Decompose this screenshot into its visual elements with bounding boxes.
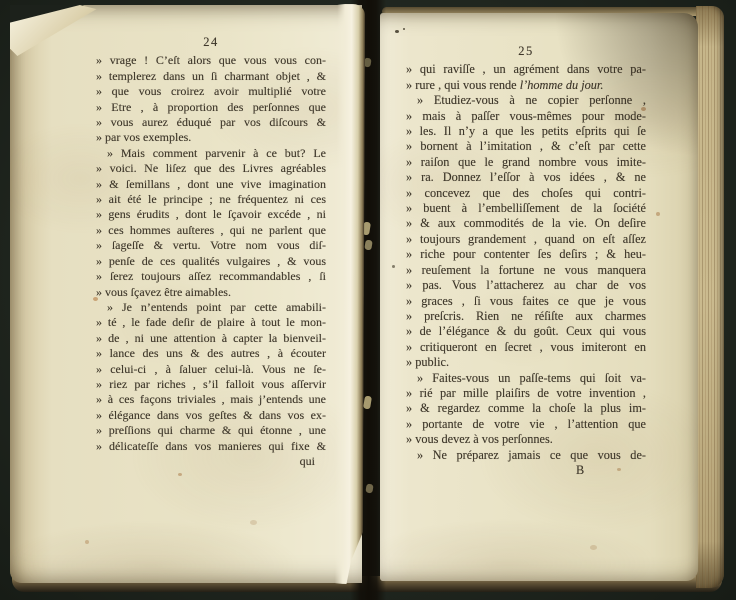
left-page: 24 » vrage ! C’eſt alors que vous vous c… [10, 5, 362, 583]
text-line: » ces hommes auſteres , qui ne parlent q… [96, 223, 326, 238]
text-line: » voici. Ne liſez que des Livres agréabl… [96, 161, 326, 176]
text-line: » vous aurez éduqué par vos diſcours & [96, 115, 326, 130]
text-line: » preſſions qui charme & qui étonne , un… [96, 423, 326, 438]
text-line: » Mais comment parvenir à ce but? Le [96, 146, 326, 161]
foxing-spot [656, 212, 660, 216]
text-line: » rié par mille plaiſirs de votre invent… [406, 386, 646, 401]
foxing-spot [85, 540, 89, 544]
text-line: » pas. Vous l’attacherez au char de vos [406, 278, 646, 293]
right-page: 25 » qui raviſſe , un agrément dans votr… [380, 13, 698, 581]
text-line: » ait été le principe ; ne fréquentez ni… [96, 192, 326, 207]
text-line: » de , ni une attention à capter la bien… [96, 331, 326, 346]
text-line: » reuſement la fortune ne vous manquera [406, 263, 646, 278]
text-line: » élégance dans vos geſtes & dans vos ex… [96, 408, 326, 423]
text-line: » bornent à l’imitation , & c’eſt par ce… [406, 139, 646, 154]
text-line: » rure , qui vous rende l’homme du jour. [406, 78, 646, 93]
text-line: » templerez dans un ſi charmant objet , … [96, 69, 326, 84]
text-line: » & ſemillans , dont une vive imaginatio… [96, 177, 326, 192]
text-line: » vous ſçavez être aimables. [96, 285, 326, 300]
text-line: » Je n’entends point par cette amabili- [96, 300, 326, 315]
text-line: » que vous croirez avoir multiplié votre [96, 84, 326, 99]
gathering-signature: B [406, 463, 646, 478]
text-line: » Etre , à proportion des perſonnes que [96, 100, 326, 115]
text-line: » ſerez toujours aſſez recommandables , … [96, 269, 326, 284]
text-line: » qui raviſſe , un agrément dans votre p… [406, 62, 646, 77]
text-line: » Ne préparez jamais ce que vous de- [406, 448, 646, 463]
text-line: » riez par riches , s’il falloit vous aſ… [96, 377, 326, 392]
text-line: » lance des uns & des autres , à écouter [96, 346, 326, 361]
text-line: » raiſon que le grand nombre vous imite- [406, 155, 646, 170]
text-line: » celui-ci , à ſaluer celui-là. Vous ne … [96, 362, 326, 377]
foxing-spot [250, 520, 257, 525]
text-line: » buent à l’embelliſſement de la ſociété [406, 201, 646, 216]
text-line: » & regardez comme la choſe la plus im- [406, 401, 646, 416]
text-line: » vrage ! C’eſt alors que vous vous con- [96, 53, 326, 68]
ink-dot [395, 30, 399, 33]
text-line: » & aux commodités de la vie. On deſire [406, 216, 646, 231]
book-photo: 24 » vrage ! C’eſt alors que vous vous c… [0, 0, 736, 600]
page-stack-edge [696, 6, 724, 588]
foxing-spot [178, 473, 182, 476]
left-page-text: 24 » vrage ! C’eſt alors que vous vous c… [96, 35, 326, 469]
text-line: » délicateſſe dans vos manieres qui fixe… [96, 439, 326, 454]
page-number: 25 [406, 44, 646, 59]
text-line: » toujours grandement , quand on eſt aſſ… [406, 232, 646, 247]
text-line: » critiqueront en ſecret , vous imiteron… [406, 340, 646, 355]
page-number: 24 [96, 35, 326, 50]
text-line: » gens érudits , dont le ſçavoir excéde … [96, 207, 326, 222]
text-line: » penſe de ces qualités vulgaires , & vo… [96, 254, 326, 269]
text-line: » public. [406, 355, 646, 370]
right-page-text: 25 » qui raviſſe , un agrément dans votr… [406, 44, 646, 478]
text-line: » de l’élégance & du goût. Ceux qui vous [406, 324, 646, 339]
fold-ridge [335, 4, 366, 584]
text-line: » les. Il n’y a que les petits eſprits q… [406, 124, 646, 139]
text-line: » mais à paſſer vous-mêmes pour mode- [406, 109, 646, 124]
text-line: » concevez que des choſes qui contri- [406, 186, 646, 201]
text-line: » riche pour contenter ſes deſirs ; & he… [406, 247, 646, 262]
text-line: » té , le fade deſir de plaire à tout le… [96, 315, 326, 330]
text-line: » par vos exemples. [96, 130, 326, 145]
right-page-lines: » qui raviſſe , un agrément dans votre p… [406, 62, 646, 463]
text-line: » Etudiez-vous à ne copier perſonne , [406, 93, 646, 108]
text-line: » portante de votre vie , l’attention qu… [406, 417, 646, 432]
text-line: » graces , ſi vous faites ce que je vous [406, 294, 646, 309]
text-line: » vous devez à vos perſonnes. [406, 432, 646, 447]
text-line: » Faites-vous un paſſe-tems qui ſoit va- [406, 371, 646, 386]
text-line: » preſcris. Rien ne réſiſte aux charmes [406, 309, 646, 324]
text-line: » ſageſſe & vertu. Votre nom vous diſ- [96, 238, 326, 253]
ink-dot [403, 28, 405, 30]
ink-dot [392, 265, 395, 268]
text-line: » à ces façons triviales , mais j’entend… [96, 392, 326, 407]
text-line: » ra. Donnez l’eſſor à vos idées , & ne [406, 170, 646, 185]
left-page-lines: » vrage ! C’eſt alors que vous vous con-… [96, 53, 326, 454]
catchword: qui [96, 454, 326, 469]
foxing-spot [590, 545, 597, 550]
